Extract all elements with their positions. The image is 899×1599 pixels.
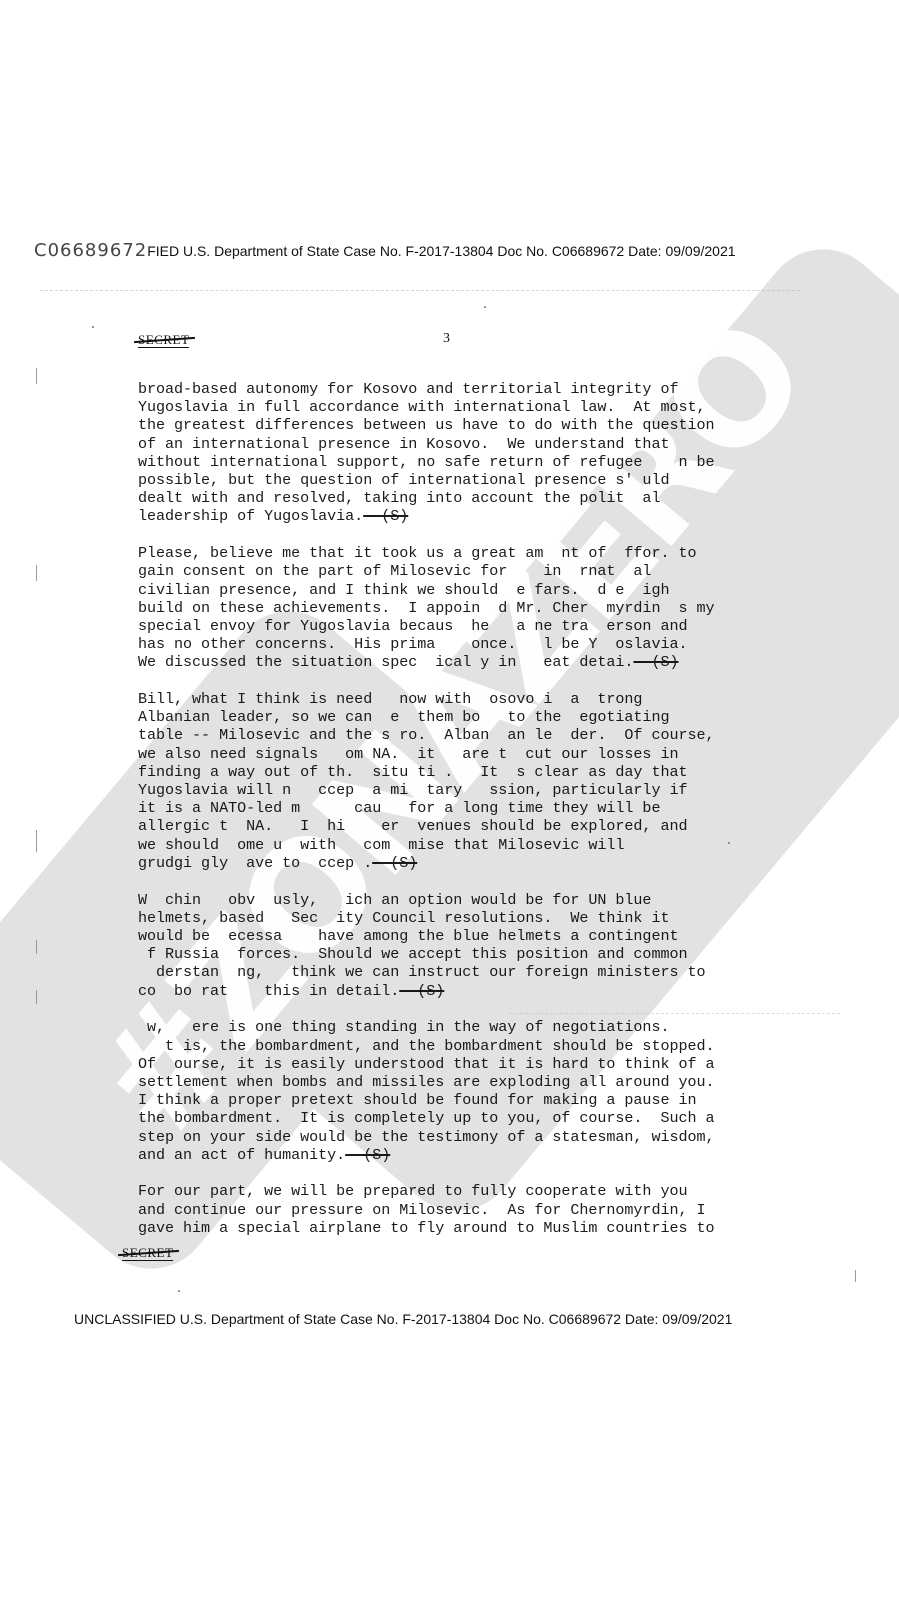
text-line: finding a way out of th. situ ti . It s … — [138, 763, 778, 781]
text-line: and continue our pressure on Milosevic. … — [138, 1201, 778, 1219]
text-line: f Russia forces. Should we accept this p… — [138, 945, 778, 963]
scan-artifact-line — [510, 1013, 840, 1015]
text-line: and an act of humanity. (S) — [138, 1146, 778, 1164]
paragraph: Bill, what I think is need now with osov… — [138, 690, 778, 872]
text-line: Yugoslavia in full accordance with inter… — [138, 398, 778, 416]
text-line: W chin obv usly, ich an option would be … — [138, 891, 778, 909]
text-line: derstan ng, think we can instruct our fo… — [138, 963, 778, 981]
text-line: gain consent on the part of Milosevic fo… — [138, 562, 778, 580]
text-line: Please, believe me that it took us a gre… — [138, 544, 778, 562]
text-line: dealt with and resolved, taking into acc… — [138, 489, 778, 507]
text-line: Bill, what I think is need now with osov… — [138, 690, 778, 708]
text-line: helmets, based Sec ity Council resolutio… — [138, 909, 778, 927]
text-line: settlement when bombs and missiles are e… — [138, 1073, 778, 1091]
text-line: We discussed the situation spec ical y i… — [138, 653, 778, 671]
text-line: we also need signals om NA. it are t cut… — [138, 745, 778, 763]
text-line: special envoy for Yugoslavia becaus he a… — [138, 617, 778, 635]
text-line: gave him a special airplane to fly aroun… — [138, 1219, 778, 1237]
scan-mark — [36, 368, 37, 384]
paragraph: broad-based autonomy for Kosovo and terr… — [138, 380, 778, 526]
text-line: grudgi gly ave to ccep . (S) — [138, 854, 778, 872]
declassification-stamp-footer: UNCLASSIFIED U.S. Department of State Ca… — [74, 1311, 732, 1327]
document-page: #ZONAZERO C06689672FIED U.S. Department … — [0, 0, 899, 1599]
text-line: would be ecessa have among the blue helm… — [138, 927, 778, 945]
scan-mark — [36, 830, 37, 852]
paragraph-classification-marking: (S) — [372, 854, 417, 872]
text-line: the greatest differences between us have… — [138, 416, 778, 434]
text-line: of an international presence in Kosovo. … — [138, 435, 778, 453]
text-line: civilian presence, and I think we should… — [138, 581, 778, 599]
header-stamp-text: FIED U.S. Department of State Case No. F… — [147, 243, 735, 259]
text-line: step on your side would be the testimony… — [138, 1128, 778, 1146]
text-line: I think a proper pretext should be found… — [138, 1091, 778, 1109]
text-line: w, ere is one thing standing in the way … — [138, 1018, 778, 1036]
text-line: For our part, we will be prepared to ful… — [138, 1182, 778, 1200]
letter-body: broad-based autonomy for Kosovo and terr… — [138, 380, 778, 1256]
paragraph-classification-marking: (S) — [399, 982, 444, 1000]
scan-speck — [92, 326, 94, 328]
text-line: possible, but the question of internatio… — [138, 471, 778, 489]
text-line: Albanian leader, so we can e them bo to … — [138, 708, 778, 726]
text-line: we should ome u with com mise that Milos… — [138, 836, 778, 854]
scan-speck — [728, 842, 730, 844]
scan-mark — [36, 565, 37, 581]
paragraph: For our part, we will be prepared to ful… — [138, 1182, 778, 1237]
document-id: C06689672 — [34, 240, 147, 261]
classification-marking-bottom: SECRET — [122, 1246, 173, 1261]
text-line: Of ourse, it is easily understood that i… — [138, 1055, 778, 1073]
text-line: broad-based autonomy for Kosovo and terr… — [138, 380, 778, 398]
classification-marking-top: SECRET — [138, 333, 189, 348]
scan-mark — [36, 990, 37, 1004]
page-number: 3 — [443, 331, 450, 347]
text-line: the bombardment. It is completely up to … — [138, 1109, 778, 1127]
scan-speck — [178, 1290, 180, 1292]
paragraph: W chin obv usly, ich an option would be … — [138, 891, 778, 1000]
declassification-stamp-header: C06689672FIED U.S. Department of State C… — [34, 240, 736, 261]
text-line: Yugoslavia will n ccep a mi tary ssion, … — [138, 781, 778, 799]
scan-speck — [484, 306, 486, 308]
paragraph: Please, believe me that it took us a gre… — [138, 544, 778, 671]
text-line: has no other concerns. His prima once. l… — [138, 635, 778, 653]
text-line: it is a NATO-led m cau for a long time t… — [138, 799, 778, 817]
text-line: build on these achievements. I appoin d … — [138, 599, 778, 617]
text-line: co bo rat this in detail. (S) — [138, 982, 778, 1000]
paragraph-classification-marking: (S) — [363, 507, 408, 525]
paragraph-classification-marking: (S) — [345, 1146, 390, 1164]
scan-artifact-line — [40, 290, 800, 292]
text-line: allergic t NA. I hi er venues should be … — [138, 817, 778, 835]
text-line: leadership of Yugoslavia. (S) — [138, 507, 778, 525]
scan-mark — [855, 1270, 856, 1282]
scan-mark — [36, 940, 37, 954]
paragraph: w, ere is one thing standing in the way … — [138, 1018, 778, 1164]
text-line: t is, the bombardment, and the bombardme… — [138, 1037, 778, 1055]
text-line: without international support, no safe r… — [138, 453, 778, 471]
text-line: table -- Milosevic and the s ro. Alban a… — [138, 726, 778, 744]
paragraph-classification-marking: (S) — [633, 653, 678, 671]
